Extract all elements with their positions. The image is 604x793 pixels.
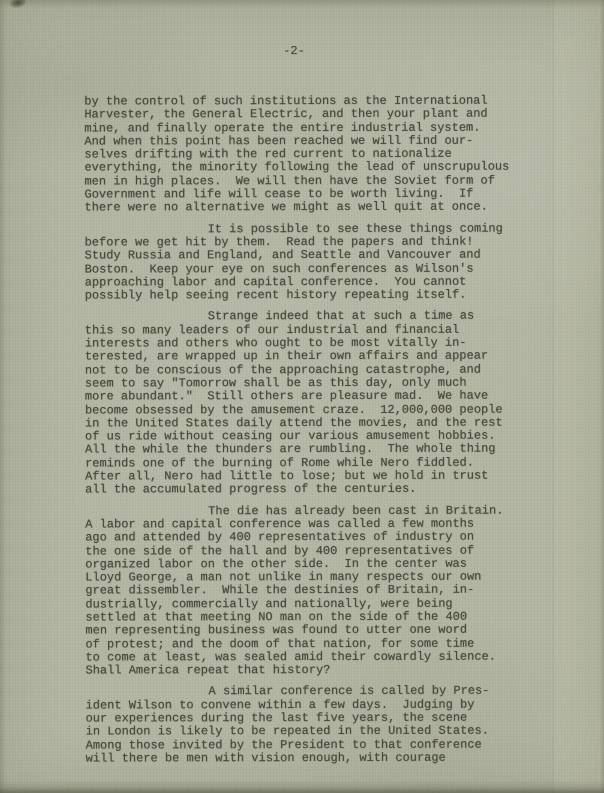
page-number: -2- [0,44,588,58]
paragraph: A similar conference is called by Pres- … [86,685,536,766]
ink-smudge [8,0,28,10]
page-edge-bottom [0,780,604,793]
paragraph: by the control of such institutions as t… [84,95,534,216]
letter-body: by the control of such institutions as t… [84,95,535,774]
page-edge-top [0,0,604,8]
paragraph: Strange indeed that at such a time as th… [85,310,535,497]
page-edge-left [0,0,6,793]
scanned-letter-page: -2- by the control of such institutions … [0,0,604,793]
paragraph: It is possible to see these things comin… [85,222,535,303]
page-edge-right [600,0,604,793]
paragraph: The die has already been cast in Britain… [85,504,535,678]
paper-crease [553,0,604,793]
